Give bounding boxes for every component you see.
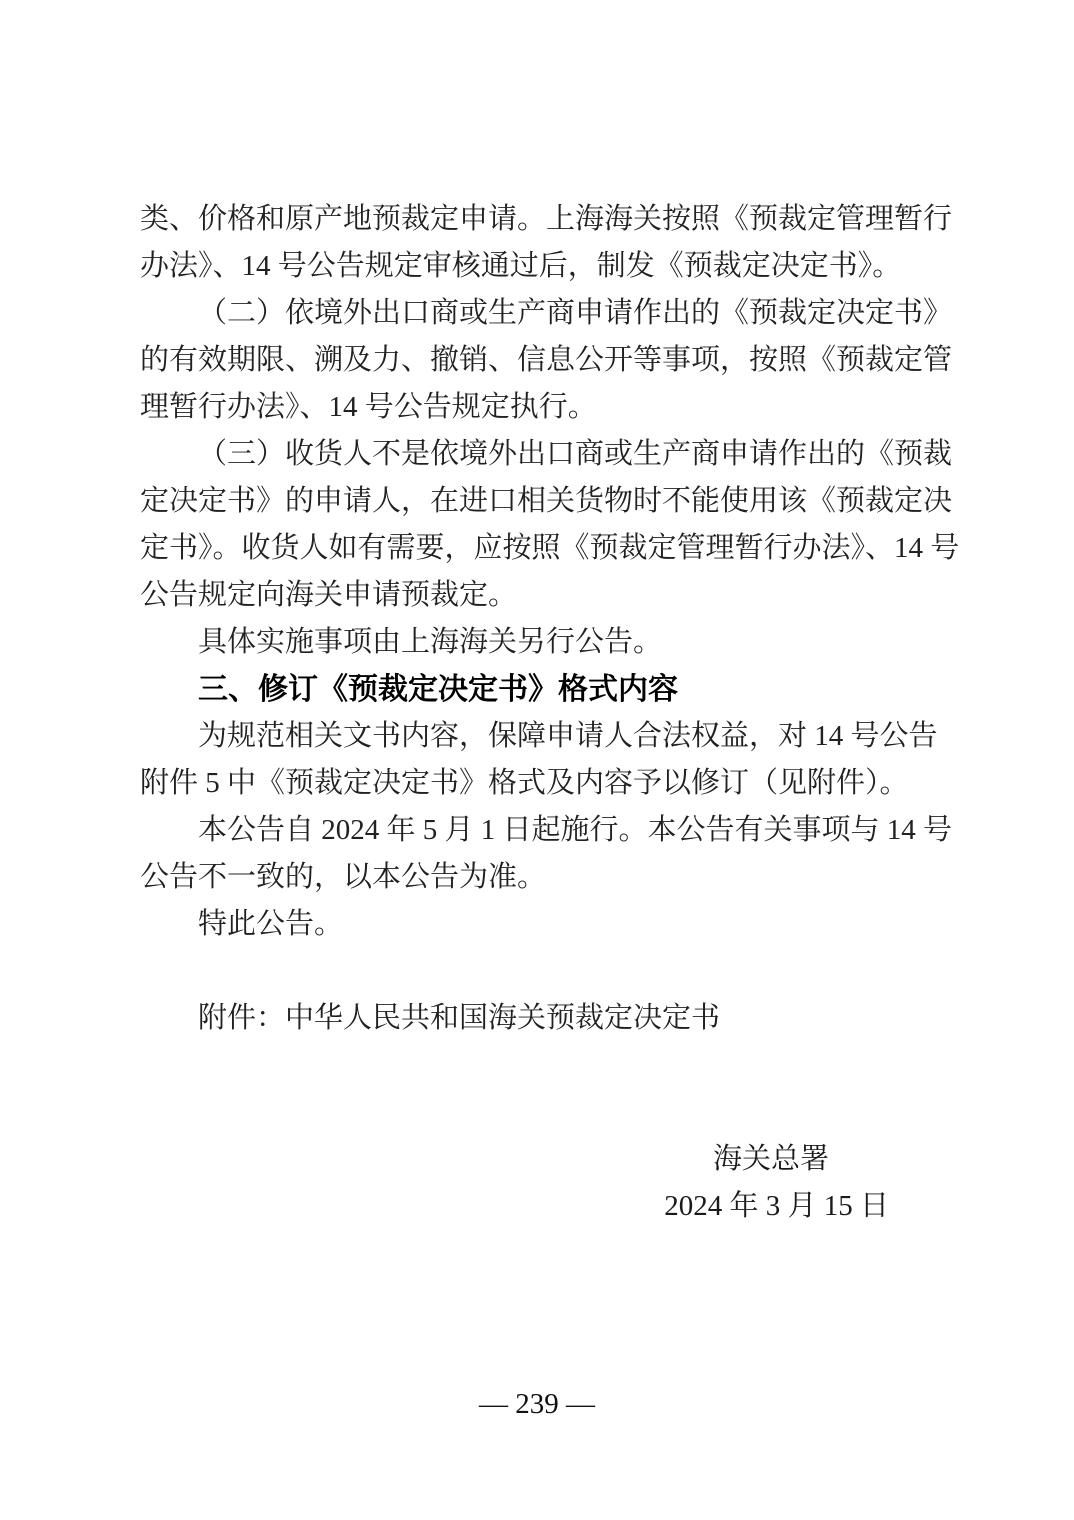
document-line: 公告规定向海关申请预裁定。 <box>140 572 946 619</box>
document-line: 定书》。收货人如有需要，应按照《预裁定管理暂行办法》、14 号 <box>140 525 946 572</box>
document-line: 类、价格和原产地预裁定申请。上海海关按照《预裁定管理暂行 <box>140 196 946 243</box>
document-body: 类、价格和原产地预裁定申请。上海海关按照《预裁定管理暂行办法》、14 号公告规定… <box>140 196 946 1042</box>
document-line: 定决定书》的申请人，在进口相关货物时不能使用该《预裁定决 <box>140 478 946 525</box>
document-line <box>140 948 946 995</box>
document-line: 具体实施事项由上海海关另行公告。 <box>140 619 946 666</box>
document-line: 公告不一致的，以本公告为准。 <box>140 854 946 901</box>
document-line: 本公告自 2024 年 5 月 1 日起施行。本公告有关事项与 14 号 <box>140 807 946 854</box>
document-page: 类、价格和原产地预裁定申请。上海海关按照《预裁定管理暂行办法》、14 号公告规定… <box>0 0 1074 1520</box>
document-line: 特此公告。 <box>140 901 946 948</box>
signature-block: 海关总署 2024 年 3 月 15 日 <box>140 1136 946 1230</box>
document-line: （二）依境外出口商或生产商申请作出的《预裁定决定书》 <box>140 290 946 337</box>
document-line: 附件 5 中《预裁定决定书》格式及内容予以修订（见附件）。 <box>140 760 946 807</box>
signature-date: 2024 年 3 月 15 日 <box>140 1183 946 1230</box>
document-line: 的有效期限、溯及力、撤销、信息公开等事项，按照《预裁定管 <box>140 337 946 384</box>
document-line: 理暂行办法》、14 号公告规定执行。 <box>140 384 946 431</box>
signature-issuer: 海关总署 <box>140 1136 946 1183</box>
page-number: — 239 — <box>0 1384 1074 1424</box>
document-line: 附件：中华人民共和国海关预裁定决定书 <box>140 995 946 1042</box>
document-line: 办法》、14 号公告规定审核通过后，制发《预裁定决定书》。 <box>140 243 946 290</box>
document-heading-line: 三、修订《预裁定决定书》格式内容 <box>140 666 946 713</box>
document-line: 为规范相关文书内容，保障申请人合法权益，对 14 号公告 <box>140 713 946 760</box>
document-line: （三）收货人不是依境外出口商或生产商申请作出的《预裁 <box>140 431 946 478</box>
